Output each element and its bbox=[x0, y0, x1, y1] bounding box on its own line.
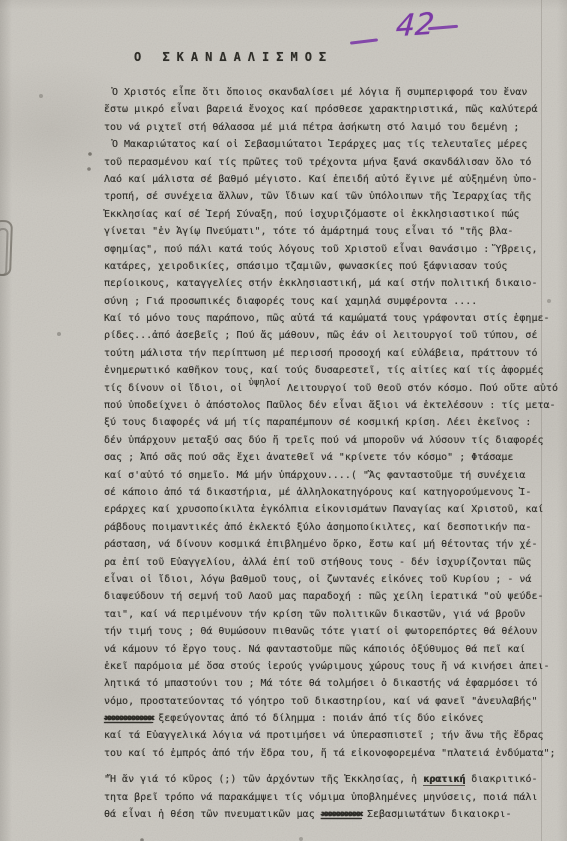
text-line: σέ κάποιο ἀπό τά δικαστήρια, μέ ἀλληλοκα… bbox=[104, 484, 556, 501]
text-line: Λαό καί μάλιστα σέ βαθμό μέγιστο. Καί ἐπ… bbox=[104, 171, 556, 188]
text-line: σύνη ; Γιά προσωπικές διαφορές τους καί … bbox=[104, 293, 556, 310]
text-line: πού ὑποδείχνει ὁ ἀπόστολος Παῦλος δέν εἶ… bbox=[104, 397, 556, 414]
text-line: ἐνημερωτικό καθῆκον τους, καί τούς δυσαρ… bbox=[104, 362, 556, 379]
overtyped-text: κρατική bbox=[423, 774, 465, 786]
text-line: Ὁ Μακαριώτατος καί οἱ Σεβασμιώτατοι Ἱερά… bbox=[104, 136, 556, 153]
obliterated-text: ×××××××××× bbox=[321, 809, 361, 820]
text-line: εράρχες καί χρυσοποίκιλτα ἐγκόλπια εἰκον… bbox=[104, 501, 556, 518]
text-line: τητα βρεῖ τρόπο νά παρακάμψει τίς νόμιμα… bbox=[104, 789, 556, 806]
text-line: τίς δίνουν οἱ ἴδιοι, οἱ ὑψηλοί Λειτουργο… bbox=[104, 380, 556, 397]
text-line: δέν ὑπάρχουν μεταξύ σας δύο ἤ τρεῖς πού … bbox=[104, 432, 556, 449]
obliterated-text: ×××××××××××× bbox=[104, 713, 152, 724]
text-line: ἔστω μικρό εἶναι βαρειά ἔνοχος καί πρόσθ… bbox=[104, 101, 556, 118]
text-line: θά εἶναι ἡ θέση τῶν πνευματικῶν μας ××××… bbox=[104, 806, 556, 823]
text-line: γίνεται "ἐν Ἁγίῳ Πνεύματι", τότε τό ἁμάρ… bbox=[104, 223, 556, 240]
paragraph: "Ἤ ἄν γιά τό κῦρος (;) τῶν ἀρχόντων τῆς … bbox=[104, 771, 556, 823]
text-line: ἐκεῖ παρόμοια μέ ὅσα στούς ἱερούς γνώριμ… bbox=[104, 658, 556, 675]
text-line: ρα ἐπί τοῦ Εὐαγγελίου, ἀλλά ἐπί τοῦ στήθ… bbox=[104, 554, 556, 571]
text-line: κατάρες, χειροδικίες, σπάσιμο τζαμιῶν, φ… bbox=[104, 258, 556, 275]
handwritten-page-number: 42 bbox=[395, 7, 436, 45]
text-line: εἶναι οἱ ἴδιοι, λόγω βαθμοῦ τους, οἱ ζων… bbox=[104, 571, 556, 588]
text-line: ξύ τους διαφορές νά μή τίς παραπέμπουν σ… bbox=[104, 414, 556, 431]
paragraph: Ὁ Χριστός εἶπε ὅτι ὅποιος σκανδαλίσει μέ… bbox=[104, 84, 556, 136]
text-line: του νά ριχτεῖ στή θάλασσα μέ μιά πέτρα ἀ… bbox=[104, 119, 556, 136]
text-line: καί σ'αὐτό τό σημεῖο. Μά μήν ὑπάρχουν...… bbox=[104, 467, 556, 484]
text-line: ται", καί νά περιμένουν τήν κρίση τῶν πο… bbox=[104, 606, 556, 623]
paper-specks bbox=[0, 0, 2, 2]
text-line: ράσταση, νά δίνουν κοσμικά ἐπιβλημένο ὅρ… bbox=[104, 536, 556, 553]
typed-insertion: ὑψηλοί bbox=[249, 378, 282, 388]
text-line: Ἐκκλησίας καί σέ Ἱερή Σύναξη, πού ἰσχυρι… bbox=[104, 206, 556, 223]
text-line: καί τά Εὐαγγελικά λόγια νά προτιμήσει νά… bbox=[104, 727, 556, 744]
text-line: τήν τιμή τους ; Θά θυμώσουν πιθανῶς τότε… bbox=[104, 623, 556, 640]
text-line: λητικά τό μπαστούνι του ; Μά τότε θά τολ… bbox=[104, 675, 556, 692]
text-line: τροπή, σέ συνέχεια ἄλλων, τῶν ἴδιων καί … bbox=[104, 188, 556, 205]
text-line: τούτη μάλιστα τήν περίπτωση μέ περισσή π… bbox=[104, 345, 556, 362]
text-line: τοῦ περασμένου καί τίς πρῶτες τοῦ τρέχον… bbox=[104, 154, 556, 171]
paragraph: Καί τό μόνο τους παράπονο, πῶς αὐτά τά κ… bbox=[104, 310, 556, 762]
text-line: ρίδες...ἀπό ἀσεβεῖς ; Πού ἄς μάθουν, πῶς… bbox=[104, 327, 556, 344]
text-line: ×××××××××××× ξεφεύγοντας ἀπό τό δίλημμα … bbox=[104, 710, 556, 727]
typewritten-page: 42 Ο ΣΚΑΝΔΑΛΙΣΜΟΣ Ὁ Χριστός εἶπε ὅτι ὅπο… bbox=[0, 0, 567, 841]
handwritten-dash-left bbox=[350, 38, 378, 44]
text-line: σφημίας", πού πάλι κατά τούς λόγους τοῦ … bbox=[104, 241, 556, 258]
text-line: σας ; Ἀπό σᾶς πού σᾶς ἔχει ἀνατεθεῖ νά "… bbox=[104, 449, 556, 466]
text-line: διαψεύδουν τή σεμνή τοῦ Λαοῦ μας παραδοχ… bbox=[104, 588, 556, 605]
text-line: "Ἤ ἄν γιά τό κῦρος (;) τῶν ἀρχόντων τῆς … bbox=[104, 771, 556, 788]
text-line: Καί τό μόνο τους παράπονο, πῶς αὐτά τά κ… bbox=[104, 310, 556, 327]
text-line: νά κάμουν τό ἔργο τους. Νά φανταστοῦμε π… bbox=[104, 641, 556, 658]
text-line: Ὁ Χριστός εἶπε ὅτι ὅποιος σκανδαλίσει μέ… bbox=[104, 84, 556, 101]
text-line: περίοικους, καταγγελίες στήν ἐκκλησιαστι… bbox=[104, 275, 556, 292]
page-title: Ο ΣΚΑΝΔΑΛΙΣΜΟΣ bbox=[134, 50, 333, 64]
text-line: ράβδους ποιμαντικές ἀπό ἐκλεκτό ξύλο ἀση… bbox=[104, 519, 556, 536]
paperclip-icon bbox=[0, 220, 13, 277]
text-line: του καί τό ἐμπρός ἀπό τήν ἕδρα του, ἤ τά… bbox=[104, 745, 556, 762]
paragraph: Ὁ Μακαριώτατος καί οἱ Σεβασμιώτατοι Ἱερά… bbox=[104, 136, 556, 310]
text-line: νόμο, προστατεύοντας τό γόητρο τοῦ δικασ… bbox=[104, 693, 556, 710]
body-text: Ὁ Χριστός εἶπε ὅτι ὅποιος σκανδαλίσει μέ… bbox=[104, 84, 556, 823]
